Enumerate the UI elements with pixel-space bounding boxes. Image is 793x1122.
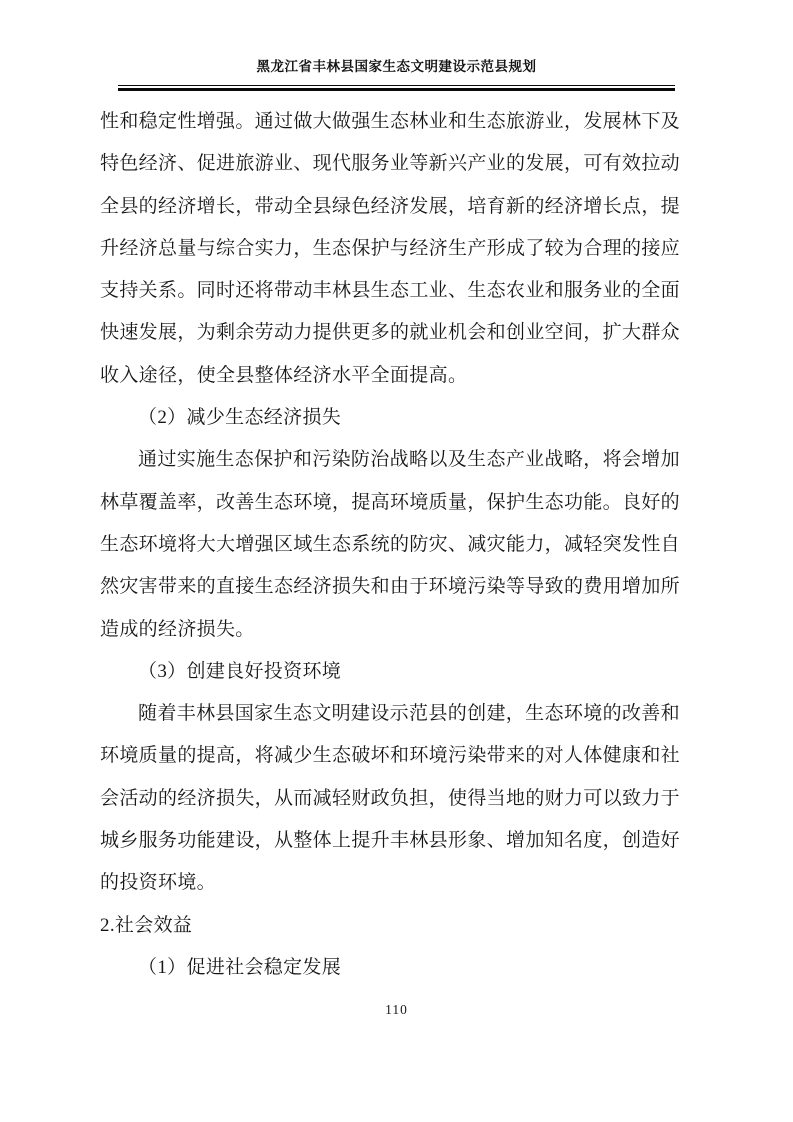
para-economic-benefit-continuation: 性和稳定性增强。通过做大做强生态林业和生态旅游业，发展林下及特色经济、促进旅游业… <box>100 101 680 397</box>
heading-reduce-ecological-economic-loss: （2）减少生态经济损失 <box>100 397 680 439</box>
para-create-good-investment-environment: 随着丰林县国家生态文明建设示范县的创建，生态环境的改善和环境质量的提高，将减少生… <box>100 693 680 904</box>
para-reduce-ecological-economic-loss: 通过实施生态保护和污染防治战略以及生态产业战略，将会增加林草覆盖率，改善生态环境… <box>100 439 680 650</box>
heading-promote-social-stability: （1）促进社会稳定发展 <box>100 947 680 989</box>
heading-create-good-investment-environment: （3）创建良好投资环境 <box>100 651 680 693</box>
document-body: 性和稳定性增强。通过做大做强生态林业和生态旅游业，发展林下及特色经济、促进旅游业… <box>100 101 680 989</box>
heading-social-benefit: 2.社会效益 <box>100 905 680 947</box>
document-page: 黑龙江省丰林县国家生态文明建设示范县规划 性和稳定性增强。通过做大做强生态林业和… <box>0 0 793 1122</box>
page-number: 110 <box>0 1002 793 1018</box>
page-header-title: 黑龙江省丰林县国家生态文明建设示范县规划 <box>0 55 793 75</box>
header-rule-divider <box>118 85 675 91</box>
